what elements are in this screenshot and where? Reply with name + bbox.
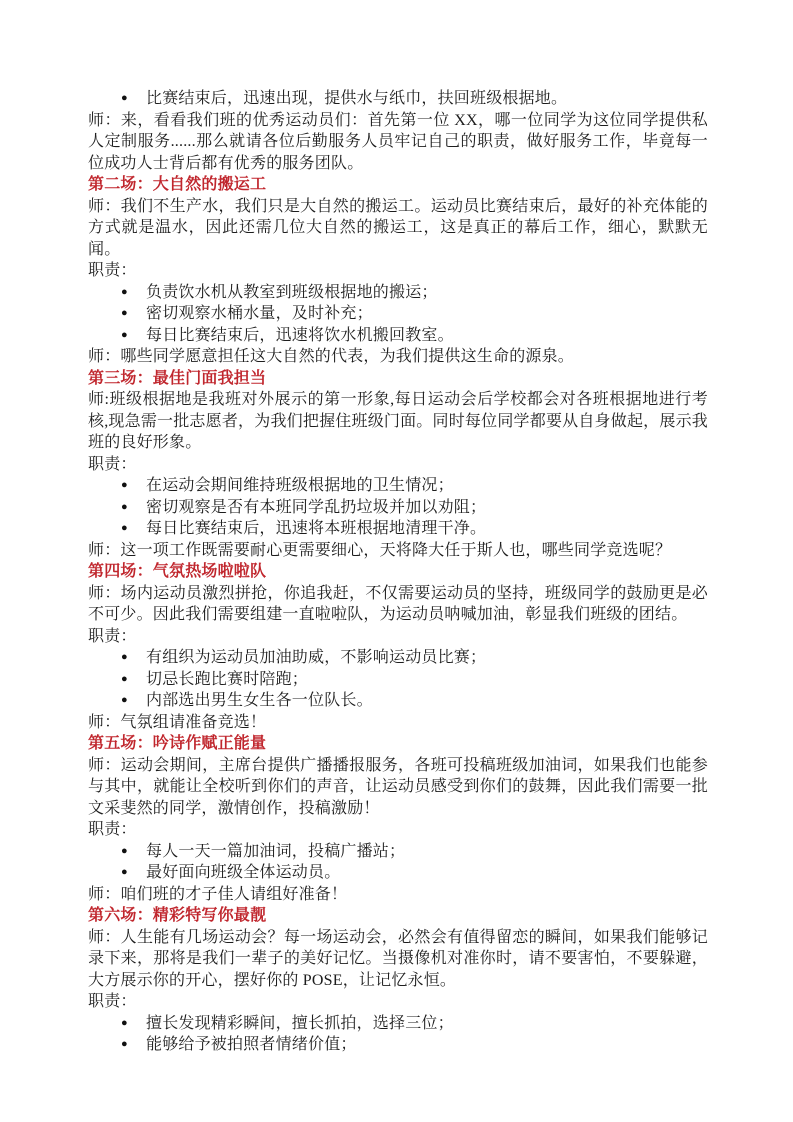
speech-paragraph: 师：哪些同学愿意担任这大自然的代表，为我们提供这生命的源泉。 bbox=[88, 346, 708, 368]
bullet-text: 每日比赛结束后，迅速将本班根据地清理干净。 bbox=[146, 520, 486, 537]
bullet-item: ●密切观察是否有本班同学乱扔垃圾并加以劝阻； bbox=[88, 497, 708, 519]
section-heading: 第五场：吟诗作赋正能量 bbox=[88, 733, 708, 755]
bullet-text: 能够给予被拍照者情绪价值； bbox=[146, 1036, 357, 1053]
bullet-item: ●内部选出男生女生各一位队长。 bbox=[88, 690, 708, 712]
duty-label: 职责： bbox=[88, 991, 708, 1013]
bullet-icon: ● bbox=[121, 325, 128, 347]
speech-paragraph: 师：这一项工作既需要耐心更需要细心，天将降大任于斯人也，哪些同学竞选呢？ bbox=[88, 540, 708, 562]
bullet-icon: ● bbox=[121, 841, 128, 863]
bullet-text: 擅长发现精彩瞬间，擅长抓拍，选择三位； bbox=[146, 1015, 454, 1032]
bullet-item: ●每人一天一篇加油词，投稿广播站； bbox=[88, 841, 708, 863]
bullet-item: ●最好面向班级全体运动员。 bbox=[88, 862, 708, 884]
duty-label: 职责： bbox=[88, 454, 708, 476]
section-heading: 第三场：最佳门面我担当 bbox=[88, 368, 708, 390]
bullet-icon: ● bbox=[121, 647, 128, 669]
bullet-text: 密切观察水桶水量，及时补充； bbox=[146, 305, 373, 322]
bullet-icon: ● bbox=[121, 1013, 128, 1035]
speech-paragraph: 师：运动会期间，主席台提供广播播报服务，各班可投稿班级加油词，如果我们也能参与其… bbox=[88, 755, 708, 820]
bullet-item: ●切忌长跑比赛时陪跑； bbox=[88, 669, 708, 691]
bullet-item: ●负责饮水机从教室到班级根据地的搬运； bbox=[88, 282, 708, 304]
speech-paragraph: 师：场内运动员激烈拼抢，你追我赶，不仅需要运动员的坚持，班级同学的鼓励更是必不可… bbox=[88, 583, 708, 626]
bullet-text: 密切观察是否有本班同学乱扔垃圾并加以劝阻； bbox=[146, 499, 486, 516]
speech-paragraph: 师：气氛组请准备竞选！ bbox=[88, 712, 708, 734]
bullet-text: 切忌长跑比赛时陪跑； bbox=[146, 671, 308, 688]
section-heading: 第二场：大自然的搬运工 bbox=[88, 174, 708, 196]
bullet-icon: ● bbox=[121, 475, 128, 497]
bullet-item: ●擅长发现精彩瞬间，擅长抓拍，选择三位； bbox=[88, 1013, 708, 1035]
bullet-text: 每人一天一篇加油词，投稿广播站； bbox=[146, 843, 405, 860]
speech-paragraph: 师:班级根据地是我班对外展示的第一形象,每日运动会后学校都会对各班根据地进行考核… bbox=[88, 389, 708, 454]
bullet-icon: ● bbox=[121, 862, 128, 884]
bullet-text: 内部选出男生女生各一位队长。 bbox=[146, 692, 373, 709]
bullet-text: 比赛结束后，迅速出现，提供水与纸巾，扶回班级根据地。 bbox=[146, 90, 567, 107]
bullet-item: ●有组织为运动员加油助威，不影响运动员比赛； bbox=[88, 647, 708, 669]
bullet-icon: ● bbox=[121, 303, 128, 325]
bullet-item: ●能够给予被拍照者情绪价值； bbox=[88, 1034, 708, 1056]
section-heading: 第四场：气氛热场啦啦队 bbox=[88, 561, 708, 583]
bullet-text: 最好面向班级全体运动员。 bbox=[146, 864, 340, 881]
speech-paragraph: 师：来，看看我们班的优秀运动员们：首先第一位 XX，哪一位同学为这位同学提供私人… bbox=[88, 110, 708, 175]
bullet-icon: ● bbox=[121, 518, 128, 540]
document-page: ●比赛结束后，迅速出现，提供水与纸巾，扶回班级根据地。师：来，看看我们班的优秀运… bbox=[0, 0, 793, 1122]
bullet-text: 每日比赛结束后，迅速将饮水机搬回教室。 bbox=[146, 327, 454, 344]
bullet-icon: ● bbox=[121, 690, 128, 712]
duty-label: 职责： bbox=[88, 260, 708, 282]
speech-paragraph: 师：咱们班的才子佳人请组好准备！ bbox=[88, 884, 708, 906]
bullet-item: ●在运动会期间维持班级根据地的卫生情况； bbox=[88, 475, 708, 497]
bullet-text: 有组织为运动员加油助威，不影响运动员比赛； bbox=[146, 649, 486, 666]
bullet-icon: ● bbox=[121, 282, 128, 304]
bullet-icon: ● bbox=[121, 497, 128, 519]
bullet-text: 在运动会期间维持班级根据地的卫生情况； bbox=[146, 477, 454, 494]
bullet-item: ●密切观察水桶水量，及时补充； bbox=[88, 303, 708, 325]
bullet-icon: ● bbox=[121, 88, 128, 110]
section-heading: 第六场：精彩特写你最靓 bbox=[88, 905, 708, 927]
bullet-item: ●比赛结束后，迅速出现，提供水与纸巾，扶回班级根据地。 bbox=[88, 88, 708, 110]
speech-paragraph: 师：人生能有几场运动会？每一场运动会，必然会有值得留恋的瞬间，如果我们能够记录下… bbox=[88, 927, 708, 992]
duty-label: 职责： bbox=[88, 626, 708, 648]
speech-paragraph: 师：我们不生产水，我们只是大自然的搬运工。运动员比赛结束后，最好的补充体能的方式… bbox=[88, 196, 708, 261]
bullet-item: ●每日比赛结束后，迅速将饮水机搬回教室。 bbox=[88, 325, 708, 347]
bullet-icon: ● bbox=[121, 669, 128, 691]
duty-label: 职责： bbox=[88, 819, 708, 841]
bullet-text: 负责饮水机从教室到班级根据地的搬运； bbox=[146, 284, 438, 301]
bullet-item: ●每日比赛结束后，迅速将本班根据地清理干净。 bbox=[88, 518, 708, 540]
bullet-icon: ● bbox=[121, 1034, 128, 1056]
